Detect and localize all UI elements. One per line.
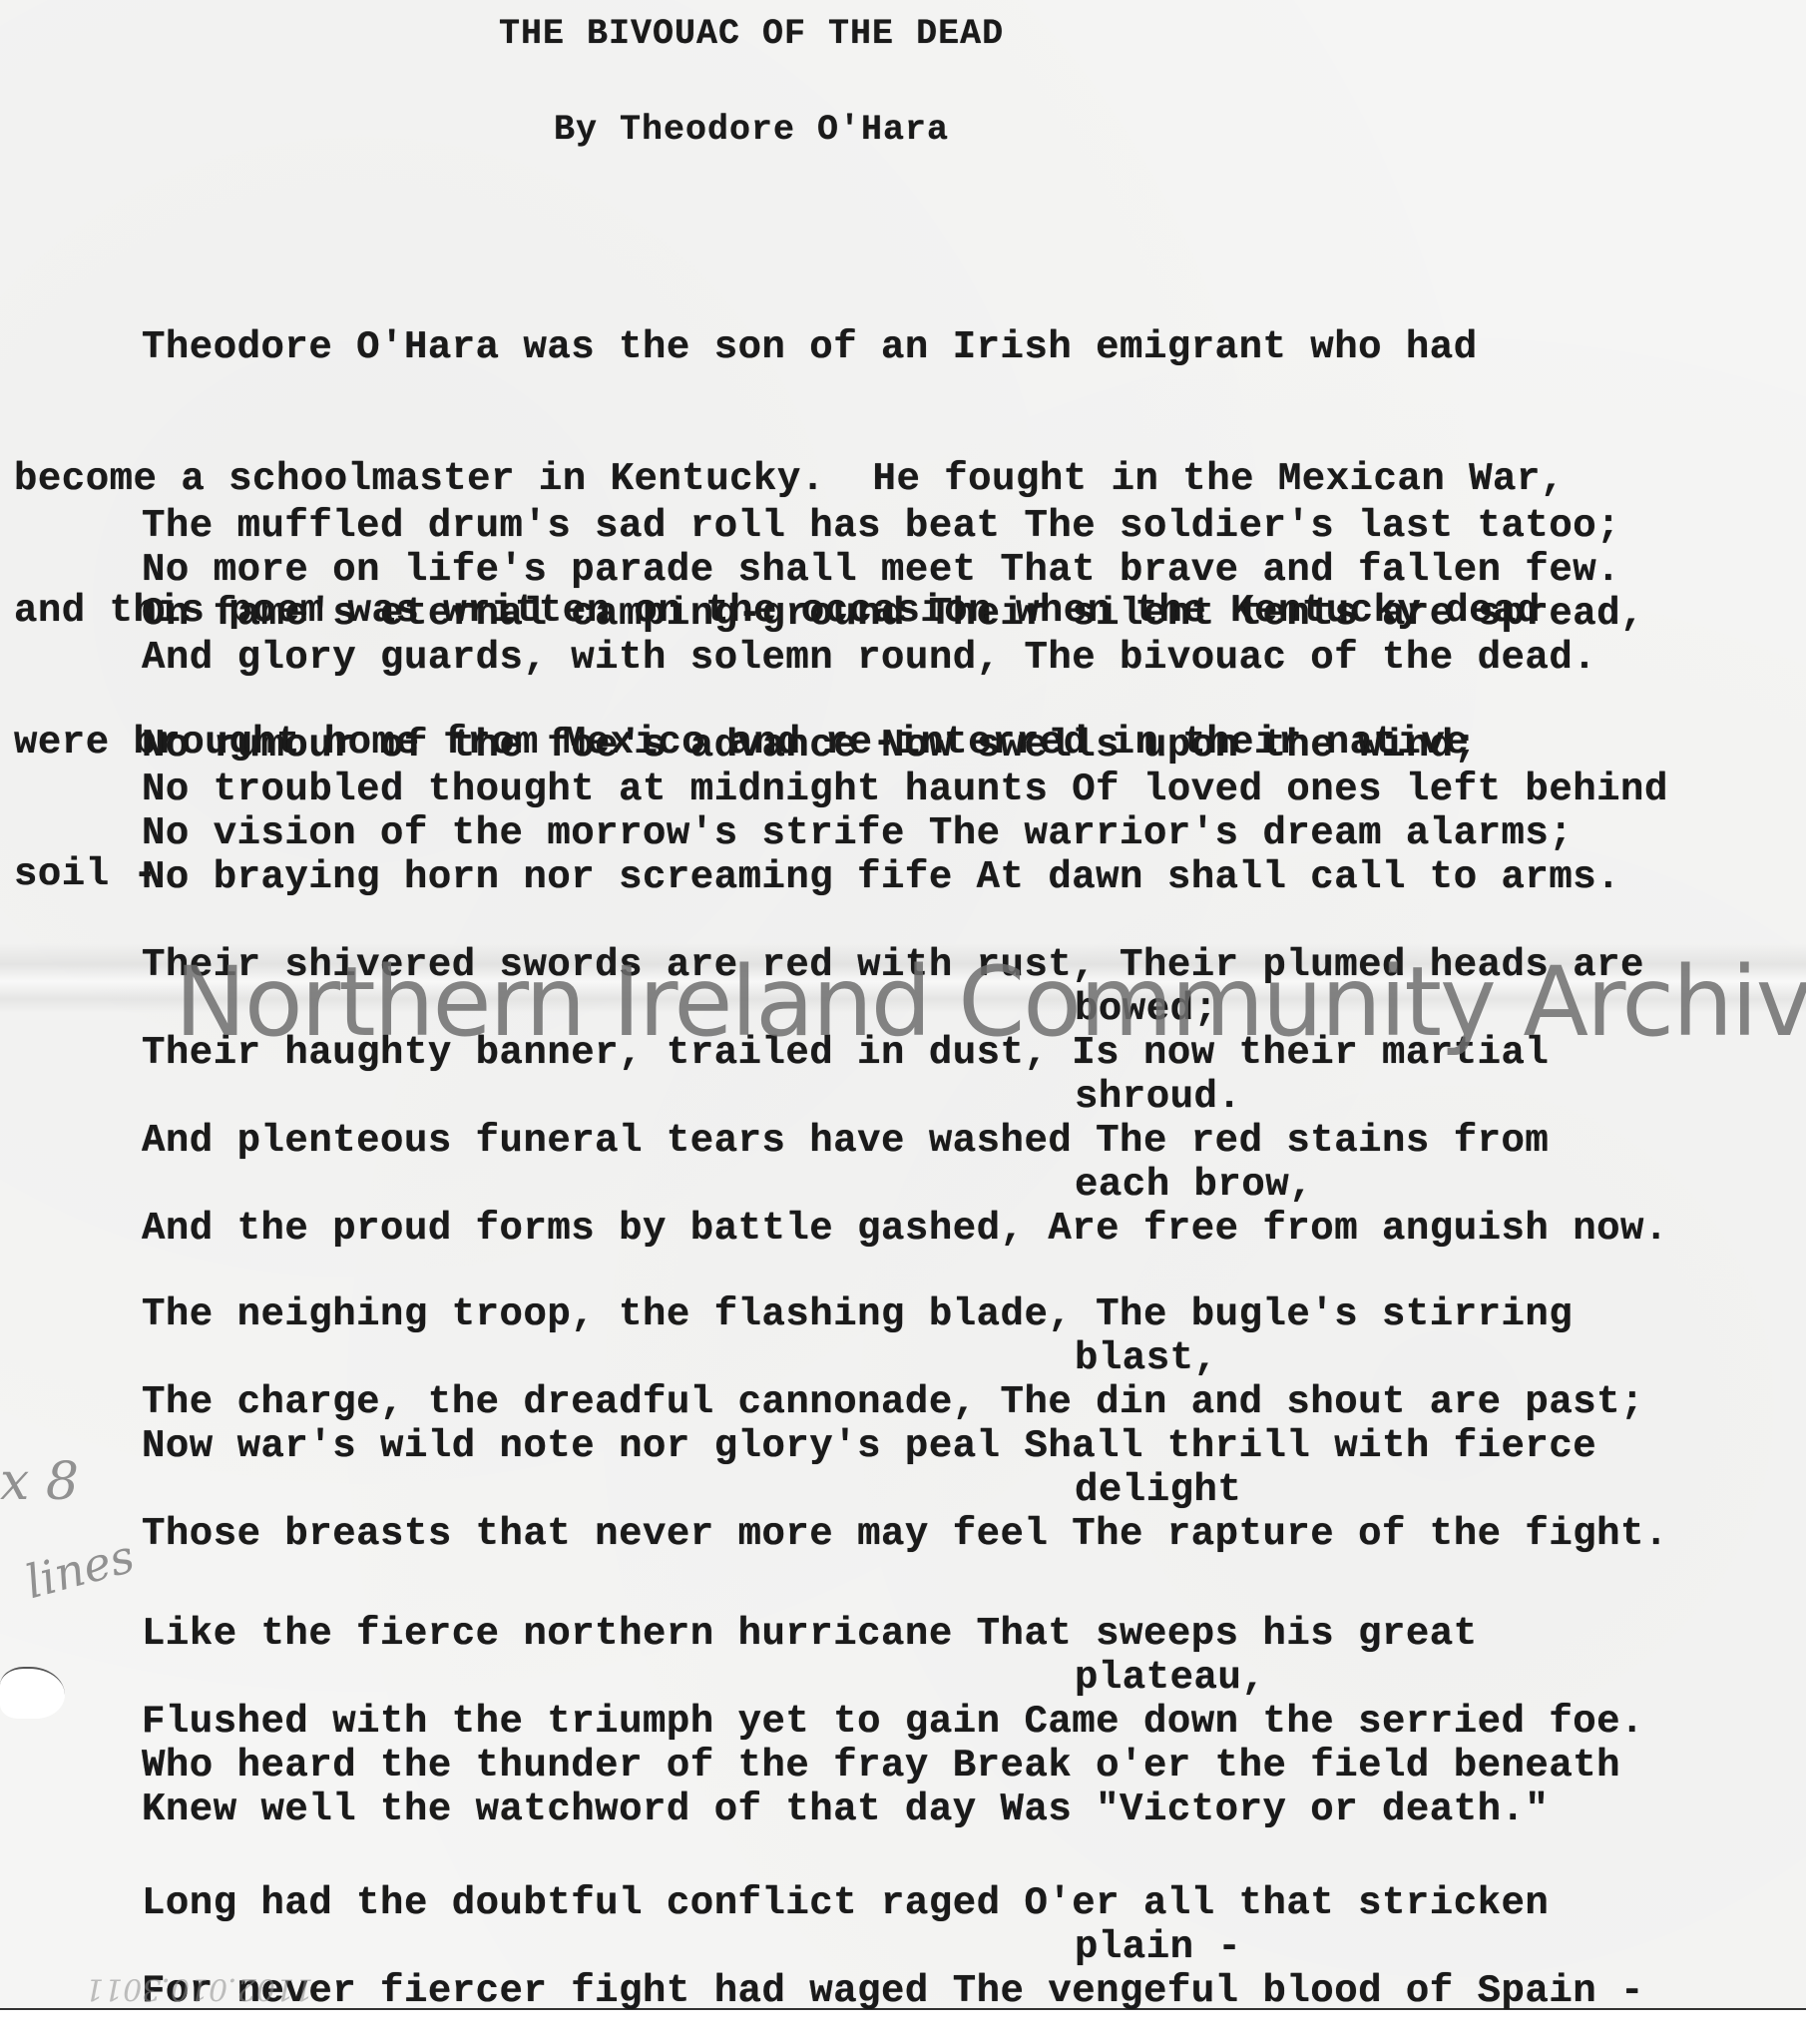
poem-line: Flushed with the triumph yet to gain Cam…: [142, 1700, 1644, 1744]
poem-author: By Theodore O'Hara: [554, 108, 949, 152]
stanza: Their shivered swords are red with rust,…: [142, 943, 1668, 1251]
poem-line: For never fiercer fight had waged The ve…: [142, 1969, 1644, 2013]
stanza: The muffled drum's sad roll has beat The…: [142, 504, 1644, 680]
poem-line: The charge, the dreadful cannonade, The …: [142, 1380, 1668, 1424]
margin-note: lines: [20, 1529, 140, 1610]
poem-line: No more on life's parade shall meet That…: [142, 548, 1644, 592]
poem-line: The muffled drum's sad roll has beat The…: [142, 504, 1644, 548]
poem-line: And plenteous funeral tears have washed …: [142, 1119, 1668, 1163]
poem-line: No braying horn nor screaming fife At da…: [142, 855, 1668, 899]
paper-tear: [0, 1667, 65, 1719]
poem-line: No troubled thought at midnight haunts O…: [142, 767, 1668, 811]
poem-line: And glory guards, with solemn round, The…: [142, 636, 1644, 680]
stanza: Like the fierce northern hurricane That …: [142, 1612, 1644, 1831]
poem-line-continuation: delight: [142, 1468, 1668, 1512]
poem-line-continuation: bowed;: [142, 987, 1668, 1031]
intro-line: become a schoolmaster in Kentucky. He fo…: [14, 457, 1565, 501]
poem-line: And the proud forms by battle gashed, Ar…: [142, 1207, 1668, 1251]
poem-line: Like the fierce northern hurricane That …: [142, 1612, 1644, 1656]
poem-line: Long had the doubtful conflict raged O'e…: [142, 1881, 1644, 1925]
margin-note: x 8: [0, 1452, 79, 1512]
poem-line: Their shivered swords are red with rust,…: [142, 943, 1668, 987]
poem-line: The neighing troop, the flashing blade, …: [142, 1292, 1668, 1336]
poem-line: On fame's eternal camping-ground Their s…: [142, 592, 1644, 636]
poem-line: No rumour of the foe's advance Now swell…: [142, 724, 1668, 767]
poem-line: Knew well the watchword of that day Was …: [142, 1788, 1644, 1831]
poem-line-continuation: each brow,: [142, 1163, 1668, 1207]
intro-line: Theodore O'Hara was the son of an Irish …: [14, 325, 1565, 369]
document-page: THE BIVOUAC OF THE DEAD By Theodore O'Ha…: [0, 0, 1806, 2010]
poem-line-continuation: shroud.: [142, 1075, 1668, 1119]
poem-line: Their haughty banner, trailed in dust, I…: [142, 1031, 1668, 1075]
poem-line: No vision of the morrow's strife The war…: [142, 811, 1668, 855]
poem-line: Now war's wild note nor glory's peal Sha…: [142, 1424, 1668, 1468]
poem-title: THE BIVOUAC OF THE DEAD: [499, 12, 1004, 56]
poem-line-continuation: plateau,: [142, 1656, 1644, 1700]
stanza: No rumour of the foe's advance Now swell…: [142, 724, 1668, 899]
stanza: The neighing troop, the flashing blade, …: [142, 1292, 1668, 1556]
poem-line: Who heard the thunder of the fray Break …: [142, 1744, 1644, 1788]
stanza: Long had the doubtful conflict raged O'e…: [142, 1881, 1644, 2013]
reference-number: 1102.010.3011: [85, 1971, 313, 2006]
poem-line-continuation: blast,: [142, 1336, 1668, 1380]
poem-line-continuation: plain -: [142, 1925, 1644, 1969]
poem-line: Those breasts that never more may feel T…: [142, 1512, 1668, 1556]
